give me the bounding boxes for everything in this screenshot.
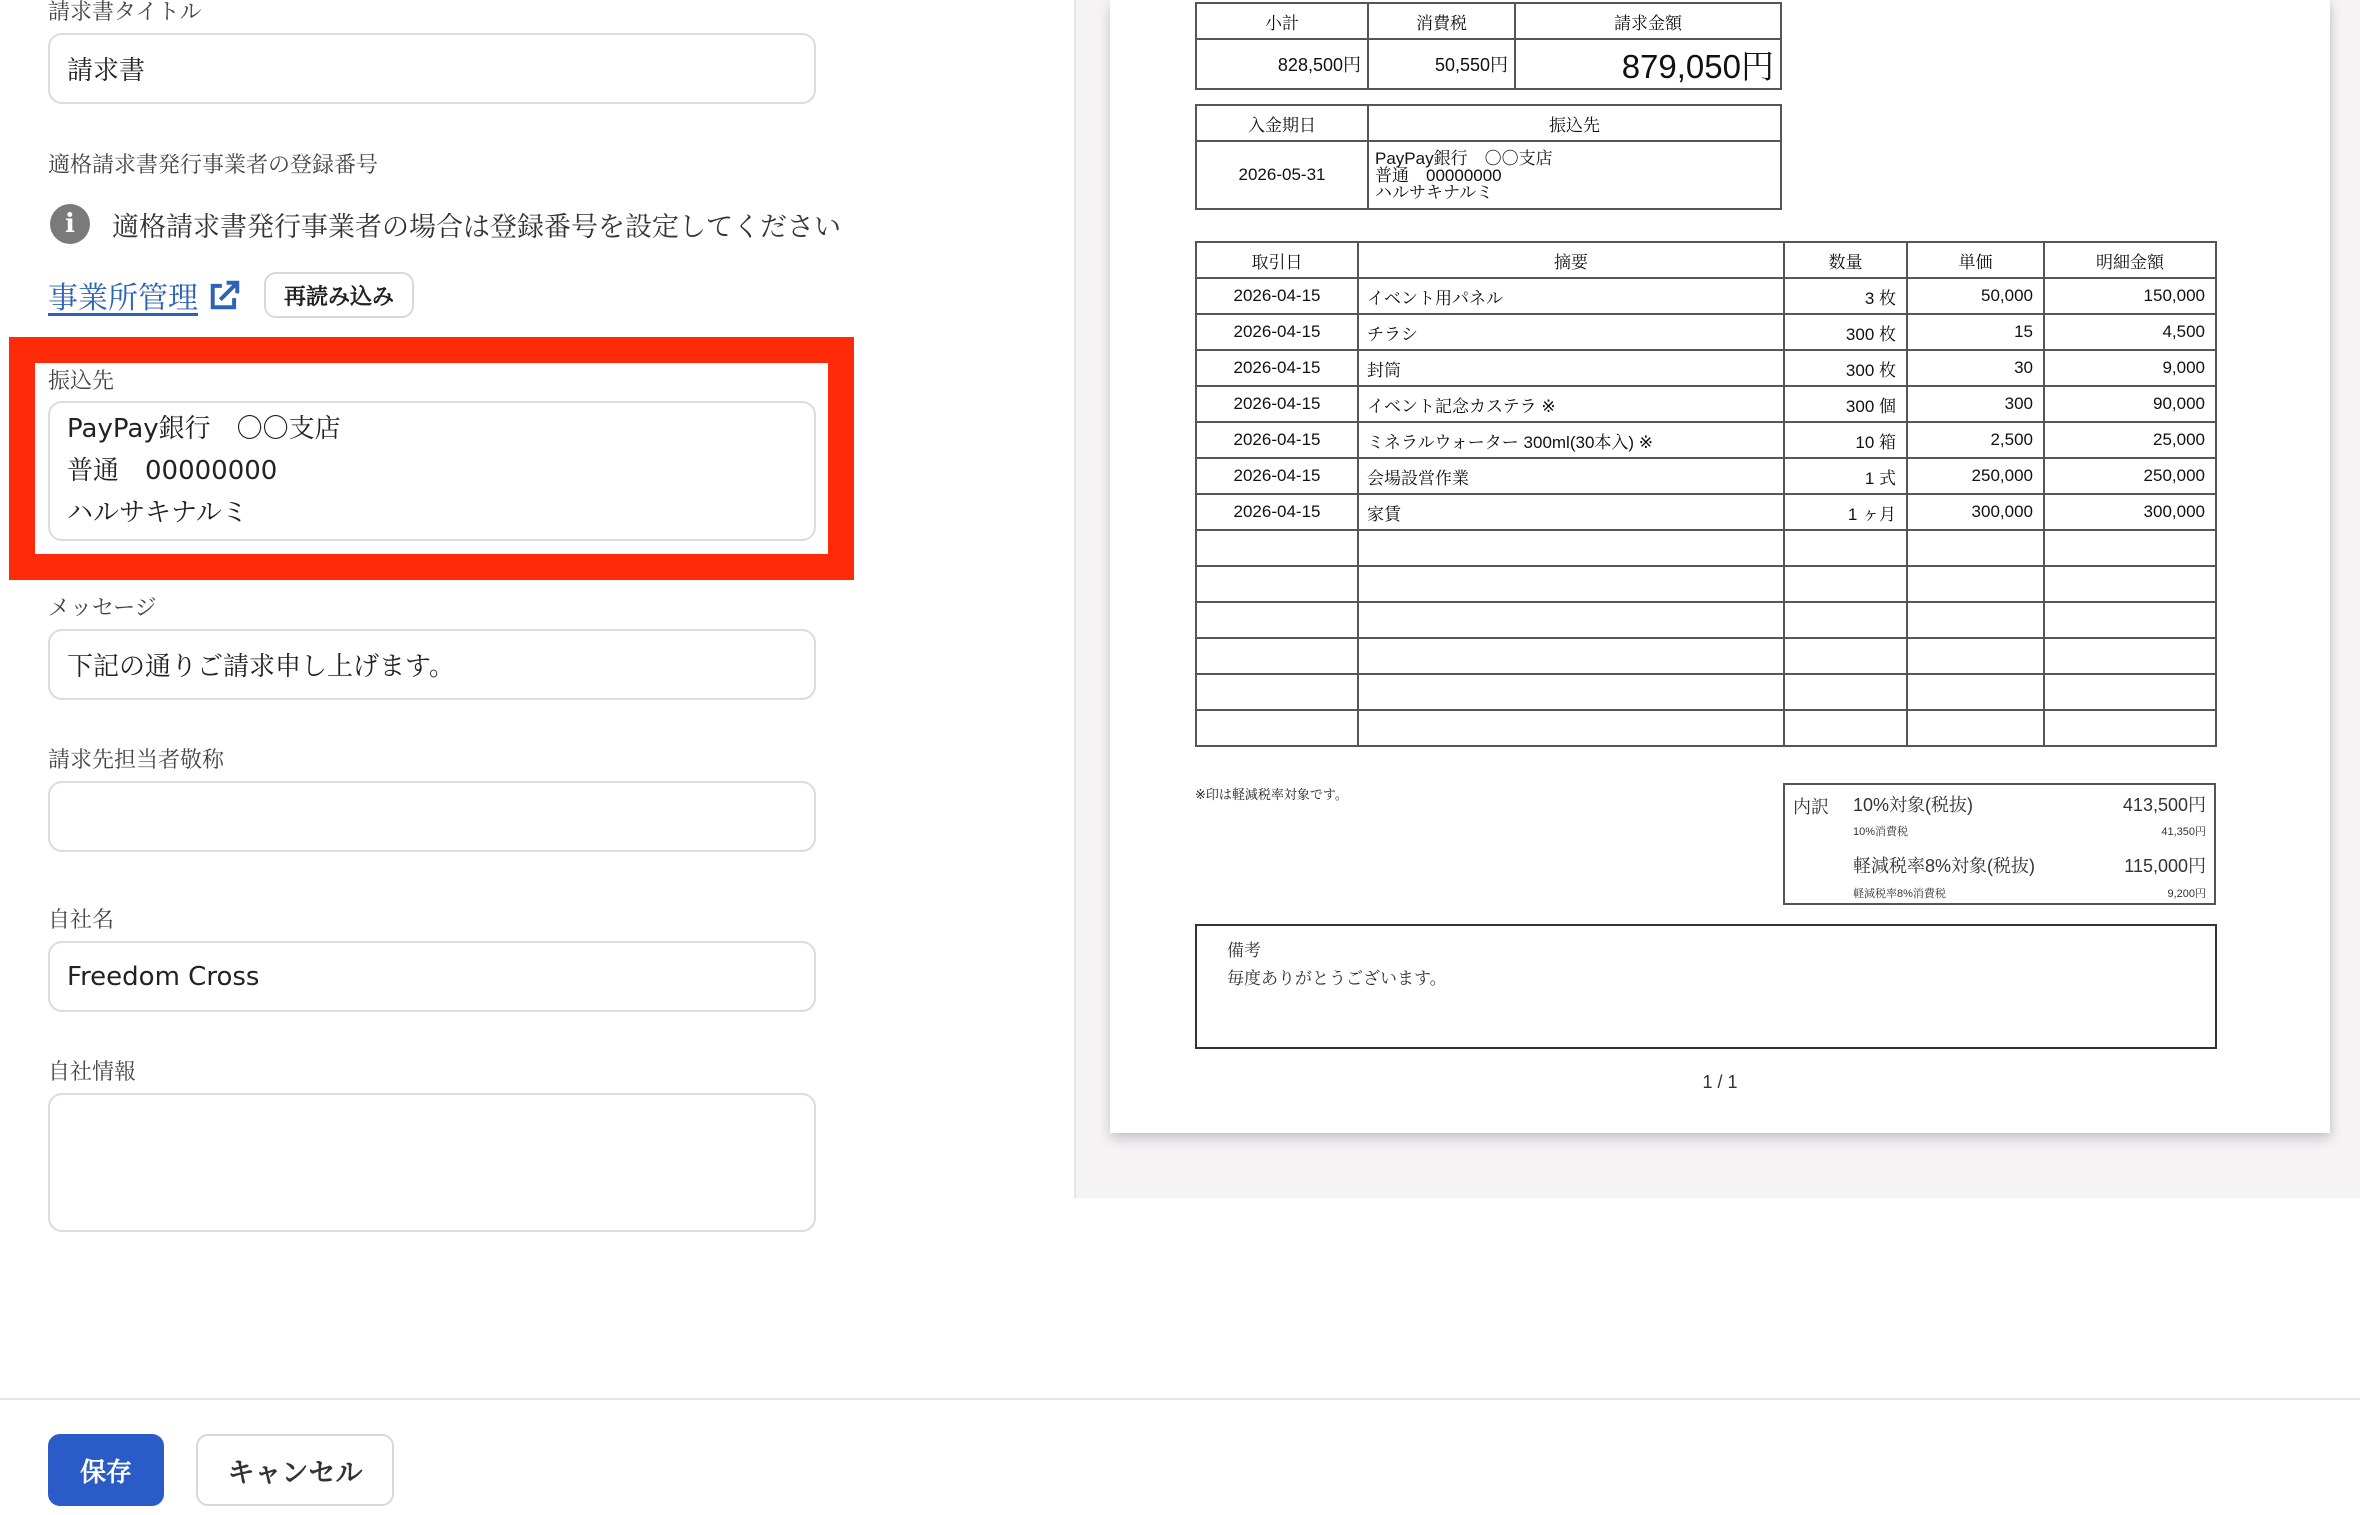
item-description bbox=[1358, 566, 1784, 602]
col-amount: 明細金額 bbox=[2044, 242, 2216, 278]
reduced-tax-note: ※印は軽減税率対象です。 bbox=[1195, 784, 1348, 803]
item-quantity: 10 箱 bbox=[1784, 422, 1907, 458]
item-date: 2026-04-15 bbox=[1196, 458, 1358, 494]
table-row bbox=[1196, 674, 2216, 710]
invoice-title-value: 請求書 bbox=[67, 50, 145, 87]
item-amount bbox=[2044, 674, 2216, 710]
subtotal-header: 小計 bbox=[1196, 3, 1368, 39]
table-row: 2026-04-15ミネラルウォーター 300ml(30本入) ※10 箱2,5… bbox=[1196, 422, 2216, 458]
company-name-label: 自社名 bbox=[48, 910, 114, 932]
item-quantity: 300 個 bbox=[1784, 386, 1907, 422]
item-date: 2026-04-15 bbox=[1196, 314, 1358, 350]
message-value: 下記の通りご請求申し上げます。 bbox=[67, 646, 455, 683]
footer-divider bbox=[0, 1398, 2360, 1400]
total-value: 879,050円 bbox=[1515, 39, 1781, 89]
bank-label: 振込先 bbox=[48, 371, 114, 393]
col-quantity: 数量 bbox=[1784, 242, 1907, 278]
company-name-value: Freedom Cross bbox=[67, 962, 259, 992]
info-icon: i bbox=[50, 204, 90, 244]
item-amount: 9,000 bbox=[2044, 350, 2216, 386]
reload-button[interactable]: 再読み込み bbox=[264, 272, 414, 318]
page-indicator: 1 / 1 bbox=[1110, 1072, 2330, 1093]
company-name-input[interactable]: Freedom Cross bbox=[48, 941, 816, 1012]
item-quantity bbox=[1784, 638, 1907, 674]
bank-line: PayPay銀行 〇〇支店 bbox=[67, 408, 341, 450]
office-management-link[interactable]: 事業所管理 bbox=[48, 273, 198, 317]
bank-value: PayPay銀行 〇〇支店 普通 00000000 ハルサキナルミ bbox=[1368, 141, 1781, 209]
remarks-body: 毎度ありがとうございます。 bbox=[1227, 964, 1447, 989]
item-amount bbox=[2044, 710, 2216, 746]
item-amount: 90,000 bbox=[2044, 386, 2216, 422]
col-description: 摘要 bbox=[1358, 242, 1784, 278]
bank-line: 普通 00000000 bbox=[1375, 167, 1780, 184]
item-quantity bbox=[1784, 710, 1907, 746]
recipient-honorific-label: 請求先担当者敬称 bbox=[48, 750, 224, 772]
table-row bbox=[1196, 566, 2216, 602]
item-description bbox=[1358, 710, 1784, 746]
item-unit-price: 50,000 bbox=[1907, 278, 2044, 314]
item-unit-price bbox=[1907, 638, 2044, 674]
item-amount: 250,000 bbox=[2044, 458, 2216, 494]
tax-breakdown: 内訳 10%対象(税抜) 413,500円 10%消費税 41,350円 軽減税… bbox=[1783, 783, 2216, 905]
item-description bbox=[1358, 602, 1784, 638]
item-description: イベント記念カステラ ※ bbox=[1358, 386, 1784, 422]
tax-value: 50,550円 bbox=[1368, 39, 1515, 89]
item-unit-price bbox=[1907, 674, 2044, 710]
recipient-honorific-input[interactable] bbox=[48, 781, 816, 852]
item-amount bbox=[2044, 530, 2216, 566]
item-unit-price: 250,000 bbox=[1907, 458, 2044, 494]
item-date bbox=[1196, 710, 1358, 746]
item-description: 封筒 bbox=[1358, 350, 1784, 386]
item-unit-price: 300,000 bbox=[1907, 494, 2044, 530]
item-amount bbox=[2044, 602, 2216, 638]
item-amount: 150,000 bbox=[2044, 278, 2216, 314]
item-date: 2026-04-15 bbox=[1196, 278, 1358, 314]
company-info-label: 自社情報 bbox=[48, 1062, 136, 1084]
item-date bbox=[1196, 674, 1358, 710]
item-date bbox=[1196, 602, 1358, 638]
message-input[interactable]: 下記の通りご請求申し上げます。 bbox=[48, 629, 816, 700]
item-quantity bbox=[1784, 530, 1907, 566]
item-amount bbox=[2044, 566, 2216, 602]
cancel-button[interactable]: キャンセル bbox=[196, 1434, 394, 1506]
item-unit-price bbox=[1907, 710, 2044, 746]
invoice-preview-panel: 小計 消費税 請求金額 828,500円 50,550円 879,050円 入金… bbox=[1074, 0, 2360, 1198]
table-row: 2026-04-15チラシ300 枚154,500 bbox=[1196, 314, 2216, 350]
item-amount: 4,500 bbox=[2044, 314, 2216, 350]
table-row: 2026-04-15封筒300 枚309,000 bbox=[1196, 350, 2216, 386]
subtotal-value: 828,500円 bbox=[1196, 39, 1368, 89]
item-date bbox=[1196, 566, 1358, 602]
table-row bbox=[1196, 710, 2216, 746]
item-unit-price: 300 bbox=[1907, 386, 2044, 422]
item-date: 2026-04-15 bbox=[1196, 494, 1358, 530]
col-unit-price: 単価 bbox=[1907, 242, 2044, 278]
bank-line: PayPay銀行 〇〇支店 bbox=[1375, 150, 1780, 167]
item-description: イベント用パネル bbox=[1358, 278, 1784, 314]
item-quantity bbox=[1784, 674, 1907, 710]
line-items-table: 取引日 摘要 数量 単価 明細金額 2026-04-15イベント用パネル3 枚5… bbox=[1195, 241, 2217, 747]
table-row: 2026-04-15家賃1 ヶ月300,000300,000 bbox=[1196, 494, 2216, 530]
external-link-icon[interactable] bbox=[206, 276, 244, 314]
item-quantity: 300 枚 bbox=[1784, 314, 1907, 350]
remarks-title: 備考 bbox=[1227, 936, 1261, 961]
save-button[interactable]: 保存 bbox=[48, 1434, 164, 1506]
item-description bbox=[1358, 638, 1784, 674]
remarks-box: 備考 毎度ありがとうございます。 bbox=[1195, 924, 2217, 1049]
item-quantity: 300 枚 bbox=[1784, 350, 1907, 386]
summary-table: 小計 消費税 請求金額 828,500円 50,550円 879,050円 bbox=[1195, 2, 1782, 90]
item-unit-price: 2,500 bbox=[1907, 422, 2044, 458]
item-description: チラシ bbox=[1358, 314, 1784, 350]
table-row bbox=[1196, 602, 2216, 638]
bank-header: 振込先 bbox=[1368, 105, 1781, 141]
invoice-title-label: 請求書タイトル bbox=[48, 2, 202, 24]
invoice-page: 小計 消費税 請求金額 828,500円 50,550円 879,050円 入金… bbox=[1110, 0, 2330, 1133]
payment-table: 入金期日 振込先 2026-05-31 PayPay銀行 〇〇支店 普通 000… bbox=[1195, 104, 1782, 210]
item-date: 2026-04-15 bbox=[1196, 350, 1358, 386]
item-unit-price bbox=[1907, 566, 2044, 602]
item-date bbox=[1196, 638, 1358, 674]
table-row: 2026-04-15イベント記念カステラ ※300 個30090,000 bbox=[1196, 386, 2216, 422]
col-date: 取引日 bbox=[1196, 242, 1358, 278]
item-description: ミネラルウォーター 300ml(30本入) ※ bbox=[1358, 422, 1784, 458]
item-quantity: 3 枚 bbox=[1784, 278, 1907, 314]
breakdown-heading: 内訳 bbox=[1793, 793, 1829, 819]
invoice-title-input[interactable]: 請求書 bbox=[48, 33, 816, 104]
due-date-header: 入金期日 bbox=[1196, 105, 1368, 141]
item-unit-price bbox=[1907, 530, 2044, 566]
due-date-value: 2026-05-31 bbox=[1196, 141, 1368, 209]
table-row bbox=[1196, 638, 2216, 674]
total-header: 請求金額 bbox=[1515, 3, 1781, 39]
bank-textarea[interactable]: PayPay銀行 〇〇支店 普通 00000000 ハルサキナルミ bbox=[48, 401, 816, 541]
item-date bbox=[1196, 530, 1358, 566]
item-amount bbox=[2044, 638, 2216, 674]
registration-info: i 適格請求書発行事業者の場合は登録番号を設定してください bbox=[50, 204, 841, 244]
item-quantity: 1 ヶ月 bbox=[1784, 494, 1907, 530]
company-info-textarea[interactable] bbox=[48, 1093, 816, 1232]
table-row: 2026-04-15会場設営作業1 式250,000250,000 bbox=[1196, 458, 2216, 494]
table-row bbox=[1196, 530, 2216, 566]
item-unit-price bbox=[1907, 602, 2044, 638]
tax-header: 消費税 bbox=[1368, 3, 1515, 39]
item-unit-price: 15 bbox=[1907, 314, 2044, 350]
item-description: 会場設営作業 bbox=[1358, 458, 1784, 494]
item-quantity bbox=[1784, 602, 1907, 638]
bank-line: ハルサキナルミ bbox=[67, 492, 248, 534]
item-description: 家賃 bbox=[1358, 494, 1784, 530]
item-date: 2026-04-15 bbox=[1196, 422, 1358, 458]
bank-line: ハルサキナルミ bbox=[1375, 184, 1780, 201]
item-description bbox=[1358, 674, 1784, 710]
bank-line: 普通 00000000 bbox=[67, 450, 277, 492]
item-amount: 25,000 bbox=[2044, 422, 2216, 458]
invoice-settings-form: 請求書タイトル 請求書 適格請求書発行事業者の登録番号 i 適格請求書発行事業者… bbox=[0, 0, 1074, 1398]
table-row: 2026-04-15イベント用パネル3 枚50,000150,000 bbox=[1196, 278, 2216, 314]
item-date: 2026-04-15 bbox=[1196, 386, 1358, 422]
message-label: メッセージ bbox=[48, 598, 157, 620]
registration-number-label: 適格請求書発行事業者の登録番号 bbox=[48, 155, 378, 177]
office-link-row: 事業所管理 再読み込み bbox=[48, 272, 414, 318]
item-quantity: 1 式 bbox=[1784, 458, 1907, 494]
registration-info-text: 適格請求書発行事業者の場合は登録番号を設定してください bbox=[112, 205, 841, 244]
item-unit-price: 30 bbox=[1907, 350, 2044, 386]
item-description bbox=[1358, 530, 1784, 566]
item-quantity bbox=[1784, 566, 1907, 602]
item-amount: 300,000 bbox=[2044, 494, 2216, 530]
